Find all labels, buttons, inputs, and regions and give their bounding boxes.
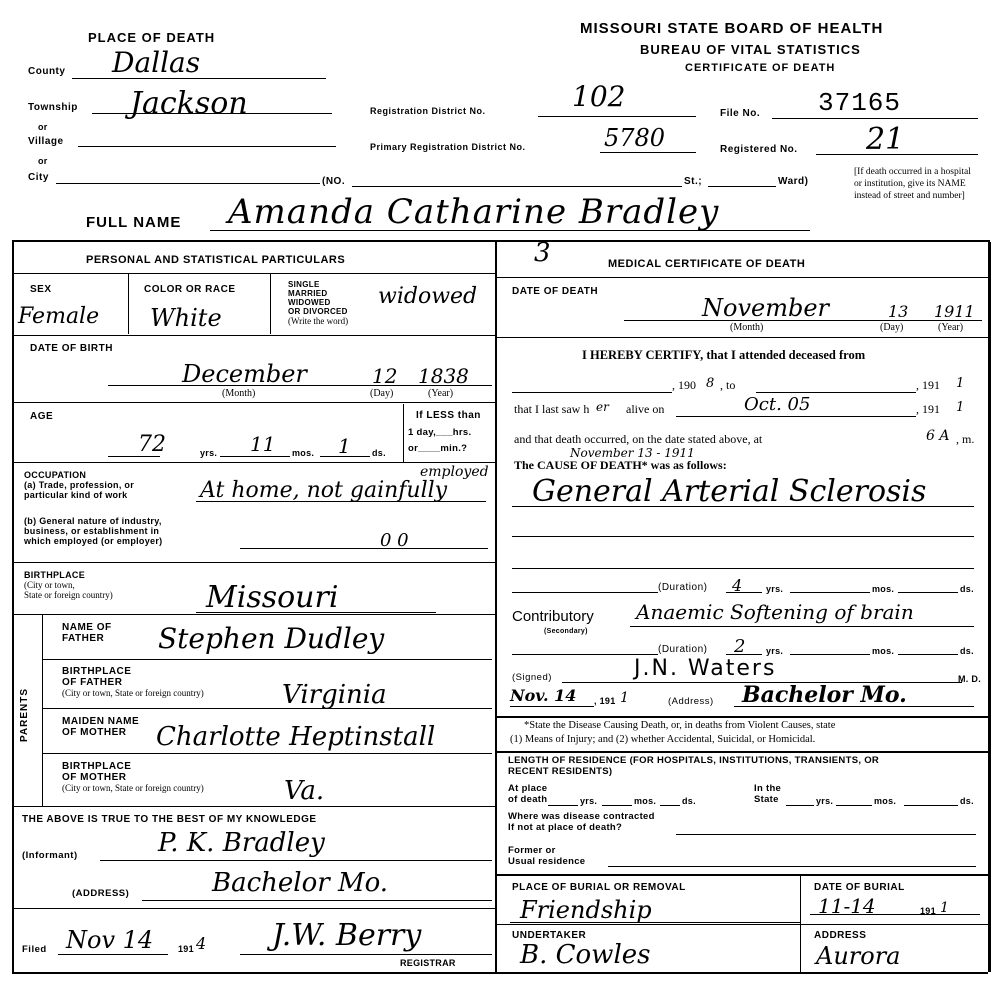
attended-from-year-field[interactable]: 8	[706, 376, 714, 391]
primary-reg-label: Primary Registration District No.	[370, 142, 526, 152]
hospital-note: [If death occurred in a hospital or inst…	[854, 166, 980, 202]
city-label: City	[28, 172, 49, 183]
right-border	[988, 242, 991, 972]
if-less-hours[interactable]: 1 day,___hrs.	[408, 428, 471, 438]
contracted-label: Where was disease contracted	[508, 812, 655, 822]
filed-year-field[interactable]: 4	[196, 934, 206, 953]
certify-text: I HEREBY CERTIFY, that I attended deceas…	[582, 348, 865, 363]
occupation-a-field[interactable]: At home, not gainfully	[200, 478, 447, 503]
occupation-b-labels: (b) General nature of industry, business…	[24, 516, 162, 546]
burial-year-field[interactable]: 1	[940, 900, 949, 916]
divider	[403, 404, 404, 462]
contrib-duration-label: (Duration)	[658, 644, 707, 655]
at-place-label: At place	[508, 784, 547, 794]
to-text: , to	[720, 378, 735, 393]
contrib-duration-line	[512, 654, 658, 655]
former-residence-line	[608, 866, 976, 867]
last-saw-line	[676, 416, 916, 417]
occupation-b-label: (b) General nature of industry,	[24, 516, 162, 526]
contrib-mos-line	[790, 654, 870, 655]
informant-address-line	[142, 900, 492, 901]
birthplace-field[interactable]: Missouri	[206, 580, 338, 615]
full-name-label: FULL NAME	[86, 214, 181, 231]
divider	[12, 972, 496, 974]
file-no-field[interactable]: 37165	[818, 88, 901, 118]
contracted-label: If not at place of death?	[508, 823, 622, 833]
reg-district-field[interactable]: 102	[572, 80, 625, 113]
occupation-a-label: particular kind of work	[24, 490, 134, 500]
divider	[12, 562, 496, 563]
place-mos-line	[602, 805, 632, 806]
divider	[496, 277, 988, 278]
street-line	[352, 186, 682, 187]
primary-reg-field[interactable]: 5780	[604, 124, 665, 152]
marital-options: SINGLE MARRIED WIDOWED OR DIVORCED (Writ…	[288, 280, 348, 326]
last-saw-pronoun-field[interactable]: er	[596, 400, 609, 414]
or-text: or	[38, 156, 48, 166]
state-yrs-line	[786, 805, 814, 806]
registered-no-field[interactable]: 21	[866, 122, 904, 157]
ds-label: ds.	[960, 584, 974, 594]
dod-label: DATE OF DEATH	[512, 286, 598, 297]
divider	[12, 462, 496, 463]
cause-line-3	[512, 568, 974, 569]
mos-label: mos.	[874, 796, 896, 806]
mother-name-field[interactable]: Charlotte Heptinstall	[156, 722, 435, 752]
township-field[interactable]: Jackson	[130, 86, 248, 121]
duration-line	[512, 592, 658, 593]
ds-label: ds.	[960, 796, 974, 806]
informant-field[interactable]: P. K. Bradley	[158, 828, 325, 858]
father-birthplace-field[interactable]: Virginia	[282, 680, 387, 710]
undertaker-address-field[interactable]: Aurora	[816, 942, 901, 970]
dob-month-field[interactable]: December	[182, 360, 307, 388]
md-label: M. D.	[958, 674, 981, 684]
left-border	[12, 242, 14, 972]
mother-birthplace-hint: (City or town, State or foreign country)	[62, 783, 204, 793]
father-birthplace-labels: BIRTHPLACE OF FATHER (City or town, Stat…	[62, 666, 204, 698]
personal-section-title: PERSONAL AND STATISTICAL PARTICULARS	[86, 254, 345, 266]
county-label: County	[28, 66, 65, 77]
last-saw-date-field[interactable]: Oct. 05	[744, 394, 810, 415]
divider	[496, 716, 988, 718]
year-caption: (Year)	[428, 388, 453, 399]
birthplace-hint: (City or town,	[24, 580, 113, 590]
yrs-label: yrs.	[200, 448, 217, 458]
bureau-title: BUREAU OF VITAL STATISTICS	[640, 42, 861, 57]
mother-birthplace-label: OF MOTHER	[62, 772, 204, 783]
former-residence-label: Former or	[508, 846, 556, 856]
divider	[496, 337, 988, 338]
month-caption: (Month)	[222, 388, 255, 399]
true-statement: THE ABOVE IS TRUE TO THE BEST OF MY KNOW…	[22, 814, 317, 825]
filed-year-prefix: 191	[178, 944, 194, 954]
father-name-field[interactable]: Stephen Dudley	[158, 622, 384, 655]
primary-reg-line	[600, 152, 696, 153]
mos-label: mos.	[292, 448, 314, 458]
mother-birthplace-label: BIRTHPLACE	[62, 761, 204, 772]
attended-from-line	[512, 392, 672, 393]
signed-date-field[interactable]: Nov. 14	[510, 686, 576, 705]
ward-label: Ward)	[778, 176, 808, 187]
age-mos-line	[220, 456, 290, 457]
burial-place-label: PLACE OF BURIAL OR REMOVAL	[512, 882, 686, 893]
sex-label: SEX	[30, 284, 52, 295]
father-name-labels: NAME OF FATHER	[62, 622, 112, 644]
occupation-title: OCCUPATION	[24, 470, 134, 480]
village-line	[78, 146, 336, 147]
day-caption: (Day)	[370, 388, 393, 399]
marital-field[interactable]: widowed	[378, 284, 477, 309]
contributory-line	[630, 626, 974, 627]
birthplace-labels: BIRTHPLACE (City or town, State or forei…	[24, 570, 113, 600]
signed-year-field[interactable]: 1	[620, 690, 629, 706]
filed-line	[58, 954, 168, 955]
occupation-labels: OCCUPATION (a) Trade, profession, or par…	[24, 470, 134, 500]
state-mos-line	[836, 805, 872, 806]
at-place-label: of death	[508, 795, 547, 805]
marital-option-widowed: WIDOWED	[288, 298, 348, 307]
file-no-line	[772, 118, 978, 119]
signed-label: (Signed)	[512, 672, 552, 683]
dod-day-field[interactable]: 13	[888, 302, 908, 321]
informant-line	[100, 860, 492, 861]
marital-option-divorced: OR DIVORCED	[288, 307, 348, 316]
marital-hint: (Write the word)	[288, 316, 348, 326]
occupation-b-label: business, or establishment in	[24, 526, 162, 536]
residence-title-1: LENGTH OF RESIDENCE (FOR HOSPITALS, INST…	[508, 756, 879, 766]
medical-section-title: MEDICAL CERTIFICATE OF DEATH	[608, 258, 805, 270]
divider	[270, 274, 271, 334]
duration-yrs-field[interactable]: 4	[732, 576, 742, 595]
state-ds-line	[904, 805, 958, 806]
alive-on-text: alive on	[626, 402, 664, 417]
mos-label: mos.	[634, 796, 656, 806]
dod-month-field[interactable]: November	[702, 294, 829, 322]
village-label: Village	[28, 136, 64, 147]
mos-label: mos.	[872, 646, 894, 656]
divider	[496, 751, 988, 753]
dob-day-field[interactable]: 12	[372, 364, 397, 388]
undertaker-field[interactable]: B. Cowles	[520, 940, 650, 970]
father-birthplace-hint: (City or town, State or foreign country)	[62, 688, 204, 698]
month-caption: (Month)	[730, 322, 763, 333]
contrib-ds-line	[898, 654, 958, 655]
marital-option-married: MARRIED	[288, 289, 348, 298]
marital-option-single: SINGLE	[288, 280, 348, 289]
mother-name-label: OF MOTHER	[62, 727, 139, 738]
header-section: PLACE OF DEATH County Dallas Township Ja…	[0, 0, 1000, 240]
filed-date-field[interactable]: Nov 14	[66, 926, 153, 954]
ward-line	[708, 186, 776, 187]
parents-label: PARENTS	[20, 688, 30, 742]
dod-year-field[interactable]: 1911	[934, 302, 975, 321]
burial-place-field[interactable]: Friendship	[520, 896, 652, 924]
registered-no-label: Registered No.	[720, 144, 798, 155]
divider	[12, 806, 496, 807]
yrs-label: yrs.	[580, 796, 597, 806]
place-of-death-title: PLACE OF DEATH	[88, 30, 215, 45]
occupation-b-label: which employed (or employer)	[24, 536, 162, 546]
yrs-label: yrs.	[816, 796, 833, 806]
occurred-text: and that death occurred, on the date sta…	[514, 432, 762, 447]
age-days-field[interactable]: 1	[338, 434, 351, 458]
informant-address-field[interactable]: Bachelor Mo.	[212, 868, 388, 898]
year-prefix: , 191	[916, 378, 940, 393]
board-title: MISSOURI STATE BOARD OF HEALTH	[580, 20, 883, 37]
father-name-label: FATHER	[62, 633, 112, 644]
ds-label: ds.	[682, 796, 696, 806]
no-label: (NO.	[322, 176, 345, 187]
reg-district-line	[538, 116, 696, 117]
registrar-label: REGISTRAR	[400, 958, 456, 968]
divider	[496, 924, 988, 925]
color-field[interactable]: White	[150, 304, 222, 332]
divider	[12, 335, 496, 336]
divider	[12, 273, 496, 274]
header-divider	[12, 240, 990, 242]
informant-label: (Informant)	[22, 850, 78, 861]
age-yrs-field[interactable]: 72	[138, 432, 166, 457]
mother-name-label: MAIDEN NAME	[62, 716, 139, 727]
contributory-label: Contributory	[512, 608, 594, 625]
occupation-a-label: (a) Trade, profession, or	[24, 480, 134, 490]
former-residence-label: Usual residence	[508, 857, 585, 867]
divider	[128, 274, 129, 334]
day-caption: (Day)	[880, 322, 903, 333]
filed-label: Filed	[22, 944, 47, 955]
last-saw-text: that I last saw h	[514, 402, 589, 417]
footnote-line-1: *State the Disease Causing Death, or, in…	[524, 720, 835, 731]
year-prefix: 191	[920, 906, 936, 916]
dob-label: DATE OF BIRTH	[30, 343, 113, 354]
birthplace-hint: State or foreign country)	[24, 590, 113, 600]
place-yrs-line	[548, 805, 578, 806]
residence-title-2: RECENT RESIDENTS)	[508, 767, 612, 777]
if-less-minutes[interactable]: or____min.?	[408, 444, 467, 454]
undertaker-address-label: ADDRESS	[814, 930, 866, 941]
cause-label: The CAUSE OF DEATH* was as follows:	[514, 458, 727, 473]
file-no-label: File No.	[720, 108, 760, 119]
secondary-label: (Secondary)	[544, 627, 588, 637]
place-ds-line	[660, 805, 680, 806]
year-caption: (Year)	[938, 322, 963, 333]
year-prefix: , 190	[672, 378, 696, 393]
attended-to-year-field[interactable]: 1	[956, 376, 964, 391]
duration-label: (Duration)	[658, 582, 707, 593]
cause-line-2	[512, 536, 974, 537]
if-less-title: If LESS than	[416, 410, 481, 421]
cause-field[interactable]: General Arterial Sclerosis	[532, 474, 926, 509]
city-line	[56, 183, 320, 184]
divider	[12, 402, 496, 403]
m-text: , m.	[956, 432, 974, 447]
divider	[12, 908, 496, 909]
birthplace-title: BIRTHPLACE	[24, 570, 113, 580]
or-text: or	[38, 122, 48, 132]
st-label: St.;	[684, 176, 702, 187]
father-name-label: NAME OF	[62, 622, 112, 633]
center-border	[495, 242, 497, 972]
physician-address-field[interactable]: Bachelor Mo.	[742, 682, 907, 708]
last-saw-year-field[interactable]: 1	[956, 400, 964, 415]
contracted-line	[676, 834, 976, 835]
yrs-label: yrs.	[766, 584, 783, 594]
ds-label: ds.	[960, 646, 974, 656]
divider	[496, 972, 988, 974]
age-label: AGE	[30, 411, 53, 422]
occupation-b-field[interactable]: 0 0	[380, 530, 409, 551]
contrib-duration-yrs-field[interactable]: 2	[734, 636, 745, 657]
father-birthplace-label: BIRTHPLACE	[62, 666, 204, 677]
mother-birthplace-field[interactable]: Va.	[284, 776, 324, 806]
burial-date-label: DATE OF BURIAL	[814, 882, 905, 893]
divider	[42, 614, 43, 806]
father-name-line	[42, 659, 492, 660]
footnote-line-2: (1) Means of Injury; and (2) whether Acc…	[510, 734, 815, 745]
divider	[496, 874, 988, 876]
occupation-a-extra[interactable]: employed	[420, 464, 489, 480]
physician-signature[interactable]: J.N. Waters	[634, 656, 776, 681]
registrar-signature[interactable]: J.W. Berry	[272, 918, 421, 953]
mother-name-line	[42, 753, 492, 754]
occurred-time-field[interactable]: 6 A	[926, 428, 949, 444]
burial-date-field[interactable]: 11-14	[818, 894, 876, 918]
signed-date-line	[510, 706, 594, 707]
mos-label: mos.	[872, 584, 894, 594]
section-mark: 3	[534, 238, 551, 268]
occupation-b-line	[240, 548, 488, 549]
mother-name-labels: MAIDEN NAME OF MOTHER	[62, 716, 139, 738]
registrar-line	[240, 954, 492, 955]
in-state-label: State	[754, 795, 779, 805]
certificate-title: CERTIFICATE OF DEATH	[685, 62, 835, 74]
sex-field[interactable]: Female	[18, 304, 99, 329]
contributory-field[interactable]: Anaemic Softening of brain	[636, 600, 914, 624]
county-field[interactable]: Dallas	[112, 46, 200, 79]
in-state-label: In the	[754, 784, 781, 794]
color-label: COLOR OR RACE	[144, 284, 236, 295]
duration-ds-line	[898, 592, 958, 593]
year-prefix: , 191	[594, 696, 616, 706]
informant-address-label: (ADDRESS)	[72, 888, 129, 899]
age-mos-field[interactable]: 11	[250, 432, 275, 456]
mother-birthplace-labels: BIRTHPLACE OF MOTHER (City or town, Stat…	[62, 761, 204, 793]
father-birthplace-line	[42, 708, 492, 709]
ds-label: ds.	[372, 448, 386, 458]
attended-to-line	[756, 392, 916, 393]
full-name-field[interactable]: Amanda Catharine Bradley	[228, 192, 719, 232]
dob-year-field[interactable]: 1838	[418, 364, 469, 388]
yrs-label: yrs.	[766, 646, 783, 656]
township-label: Township	[28, 102, 78, 113]
divider	[12, 614, 496, 615]
father-birthplace-label: OF FATHER	[62, 677, 204, 688]
reg-district-label: Registration District No.	[370, 106, 486, 116]
physician-address-label: (Address)	[668, 696, 714, 707]
year-prefix: , 191	[916, 402, 940, 417]
duration-mos-line	[790, 592, 870, 593]
